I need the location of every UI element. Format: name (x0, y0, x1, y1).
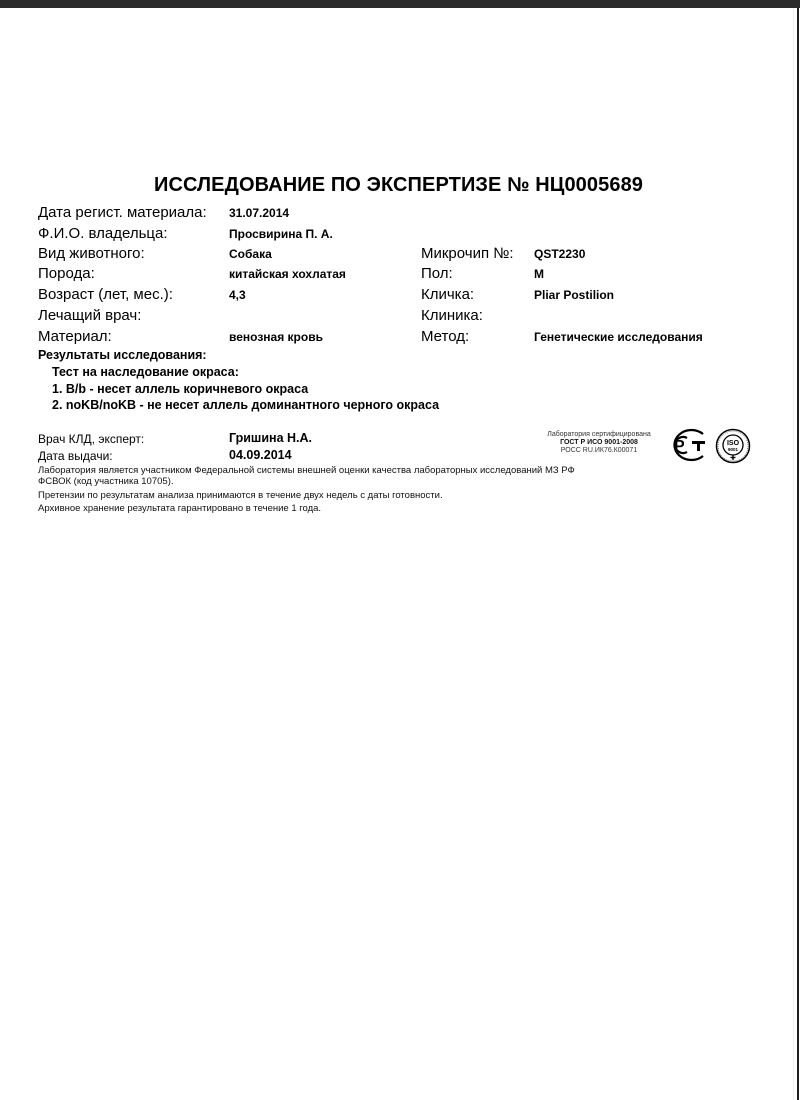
footer-note: ФСВОК (код участника 10705). (38, 476, 174, 487)
field-label-sex: Пол: (421, 265, 453, 283)
footer-note: Лаборатория является участником Федераль… (38, 465, 575, 476)
field-label-method: Метод: (421, 328, 469, 346)
field-value-sex: М (534, 265, 544, 283)
field-value-breed: китайская хохлатая (229, 265, 346, 283)
field-label-material: Материал: (38, 328, 112, 346)
document-title: ИССЛЕДОВАНИЕ ПО ЭКСПЕРТИЗЕ № НЦ0005689 (0, 174, 797, 197)
field-value-owner: Просвирина П. А. (229, 225, 333, 243)
field-label-species: Вид животного: (38, 245, 145, 263)
document-page (0, 8, 797, 1100)
field-label-breed: Порода: (38, 265, 95, 283)
expert-label: Врач КЛД, эксперт: (38, 432, 144, 446)
issue-date-value: 04.09.2014 (229, 448, 292, 462)
field-label-clinic: Клиника: (421, 307, 483, 325)
page-edge-shadow (793, 8, 794, 1100)
field-value-registration-date: 31.07.2014 (229, 204, 289, 222)
viewer-top-bar (0, 0, 800, 8)
field-label-registration-date: Дата регист. материала: (38, 204, 207, 222)
certification-line-1: Лаборатория сертифицирована (534, 431, 664, 439)
certification-block: Лаборатория сертифицирована ГОСТ Р ИСО 9… (534, 431, 664, 455)
results-item: 1. B/b - несет аллель коричневого окраса (52, 382, 308, 396)
results-item: 2. noKB/noKB - не несет аллель доминантн… (52, 398, 439, 412)
iso-9001-logo-icon: ISO 9001 (715, 428, 751, 469)
field-label-microchip: Микрочип №: (421, 245, 514, 263)
svg-text:ISO: ISO (727, 440, 740, 447)
issue-date-label: Дата выдачи: (38, 449, 113, 463)
results-heading: Результаты исследования: (38, 348, 207, 362)
viewer-scrollbar-edge[interactable] (797, 8, 799, 1100)
footer-note: Претензии по результатам анализа принима… (38, 490, 443, 501)
certification-line-2: ГОСТ Р ИСО 9001-2008 (534, 439, 664, 447)
field-value-microchip: QST2230 (534, 245, 585, 263)
expert-value: Гришина Н.А. (229, 431, 312, 445)
field-value-age: 4,3 (229, 286, 246, 304)
field-label-nickname: Кличка: (421, 286, 474, 304)
field-value-material: венозная кровь (229, 328, 323, 346)
field-value-species: Собака (229, 245, 272, 263)
field-label-owner: Ф.И.О. владельца: (38, 225, 168, 243)
results-test-name: Тест на наследование окраса: (52, 365, 239, 379)
svg-text:9001: 9001 (728, 447, 739, 452)
field-value-method: Генетические исследования (534, 328, 703, 346)
certification-line-3: РОСС RU.ИК76.К00071 (534, 447, 664, 455)
footer-note: Архивное хранение результата гарантирова… (38, 503, 321, 514)
rst-logo-icon: Р (667, 428, 711, 467)
field-label-doctor: Лечащий врач: (38, 307, 141, 325)
field-value-nickname: Pliar Postilion (534, 286, 614, 304)
field-label-age: Возраст (лет, мес.): (38, 286, 173, 304)
